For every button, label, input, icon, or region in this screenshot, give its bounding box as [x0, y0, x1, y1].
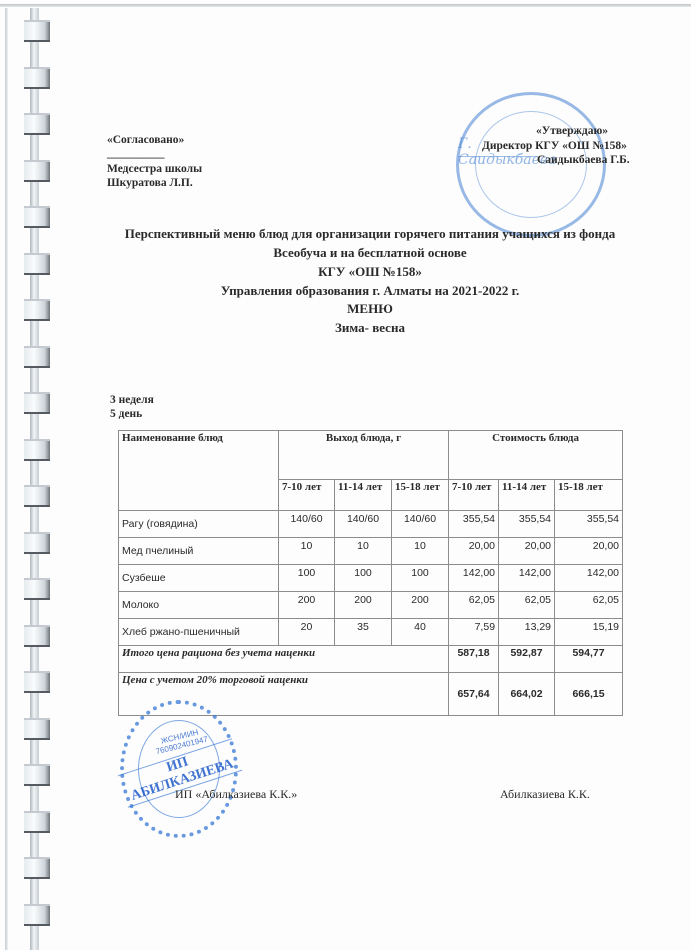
table-row: Молоко20020020062,0562,0562,05: [119, 592, 623, 619]
total-15-18: 594,77: [555, 646, 623, 673]
heading-line-1: Перспективный меню блюд для организации …: [110, 226, 630, 242]
table-row: Мед пчелиный10101020,0020,0020,00: [119, 538, 623, 565]
dish-cost: 20,00: [449, 538, 499, 565]
dish-cost: 355,54: [499, 511, 555, 538]
dish-output: 10: [279, 538, 335, 565]
binding-ring: [24, 532, 50, 554]
dish-name: Хлеб ржано-пшеничный: [119, 619, 279, 646]
binding-ring: [24, 392, 50, 414]
dish-name: Сузбеше: [119, 565, 279, 592]
binding-ring: [24, 811, 50, 833]
header-age-group: 7-10 лет: [449, 480, 499, 511]
heading-line-5: МЕНЮ: [110, 301, 630, 317]
supplier-stamp: ЖСН/ИИН760902401947 ИП АБИЛКАЗИЕВА: [120, 700, 238, 838]
footer-right: Абилказиева К.К.: [500, 787, 590, 801]
dish-name: Рагу (говядина): [119, 511, 279, 538]
approved-left-name: Шкуратова Л.П.: [107, 176, 193, 190]
dish-output: 35: [335, 619, 392, 646]
header-age-group: 11-14 лет: [335, 480, 392, 511]
table-row: Рагу (говядина)140/60140/60140/60355,543…: [119, 511, 623, 538]
approved-left-line: __________: [107, 147, 165, 161]
header-output: Выход блюда, г: [279, 431, 449, 480]
dish-name: Молоко: [119, 592, 279, 619]
heading-line-3: КГУ «ОШ №158»: [110, 264, 630, 280]
dish-output: 100: [279, 565, 335, 592]
spiral-binding: [0, 0, 60, 950]
total-row: Итого цена рациона без учета наценки 587…: [119, 646, 623, 673]
menu-table: Наименование блюд Выход блюда, г Стоимос…: [118, 430, 623, 716]
markup-15-18: 666,15: [555, 673, 623, 716]
dish-output: 140/60: [335, 511, 392, 538]
header-age-group: 7-10 лет: [279, 480, 335, 511]
binding-ring: [24, 67, 50, 89]
binding-ring: [24, 346, 50, 368]
week-label: 3 неделя: [110, 393, 154, 407]
heading-line-6: Зима- весна: [110, 320, 630, 336]
dish-cost: 20,00: [555, 538, 623, 565]
dish-output: 40: [392, 619, 449, 646]
markup-7-10: 657,64: [449, 673, 499, 716]
table-row: Сузбеше100100100142,00142,00142,00: [119, 565, 623, 592]
header-age-group: 11-14 лет: [499, 480, 555, 511]
dish-output: 100: [392, 565, 449, 592]
total-label: Итого цена рациона без учета наценки: [119, 646, 449, 673]
dish-name: Мед пчелиный: [119, 538, 279, 565]
binding-ring: [24, 857, 50, 879]
dish-cost: 62,05: [449, 592, 499, 619]
dish-cost: 62,05: [499, 592, 555, 619]
heading-line-2: Всеобуча и на бесплатной основе: [110, 245, 630, 261]
dish-cost: 142,00: [555, 565, 623, 592]
total-11-14: 592,87: [499, 646, 555, 673]
header-dish-name: Наименование блюд: [119, 431, 279, 511]
dish-cost: 355,54: [555, 511, 623, 538]
header-age-group: 15-18 лет: [392, 480, 449, 511]
binding-ring: [24, 206, 50, 228]
dish-cost: 62,05: [555, 592, 623, 619]
day-label: 5 день: [110, 407, 142, 421]
total-7-10: 587,18: [449, 646, 499, 673]
dish-cost: 13,29: [499, 619, 555, 646]
binding-ring: [24, 485, 50, 507]
binding-ring: [24, 671, 50, 693]
header-age-group: 15-18 лет: [555, 480, 623, 511]
binding-ring: [24, 904, 50, 926]
table-row: Хлеб ржано-пшеничный2035407,5913,2915,19: [119, 619, 623, 646]
binding-ring: [24, 625, 50, 647]
header-cost: Стоимость блюда: [449, 431, 623, 480]
dish-cost: 20,00: [499, 538, 555, 565]
dish-output: 200: [392, 592, 449, 619]
page-top-edge: [0, 4, 691, 7]
dish-cost: 142,00: [499, 565, 555, 592]
dish-output: 200: [279, 592, 335, 619]
heading-line-4: Управления образования г. Алматы на 2021…: [110, 283, 630, 299]
dish-cost: 355,54: [449, 511, 499, 538]
dish-output: 20: [279, 619, 335, 646]
dish-output: 100: [335, 565, 392, 592]
approved-left-position: Медсестра школы: [107, 162, 202, 176]
binding-ring: [24, 578, 50, 600]
binding-ring: [24, 299, 50, 321]
approved-left-title: «Согласовано»: [107, 133, 184, 147]
binding-ring: [24, 764, 50, 786]
binding-ring: [24, 113, 50, 135]
dish-output: 10: [335, 538, 392, 565]
dish-output: 10: [392, 538, 449, 565]
binding-ring: [24, 20, 50, 42]
approved-right-title: «Утверждаю»: [536, 124, 608, 138]
binding-ring: [24, 253, 50, 275]
dish-cost: 7,59: [449, 619, 499, 646]
dish-output: 140/60: [279, 511, 335, 538]
binding-ring: [24, 439, 50, 461]
markup-11-14: 664,02: [499, 673, 555, 716]
dish-output: 140/60: [392, 511, 449, 538]
footer-left: ИП «Абилказиева К.К.»: [175, 787, 297, 801]
dish-cost: 142,00: [449, 565, 499, 592]
approved-right-name: Саидыкбаева Г.Б.: [537, 153, 630, 167]
dish-output: 200: [335, 592, 392, 619]
binding-ring: [24, 718, 50, 740]
dish-cost: 15,19: [555, 619, 623, 646]
approved-right-position: Директор КГУ «ОШ №158»: [482, 139, 627, 153]
binding-ring: [24, 160, 50, 182]
